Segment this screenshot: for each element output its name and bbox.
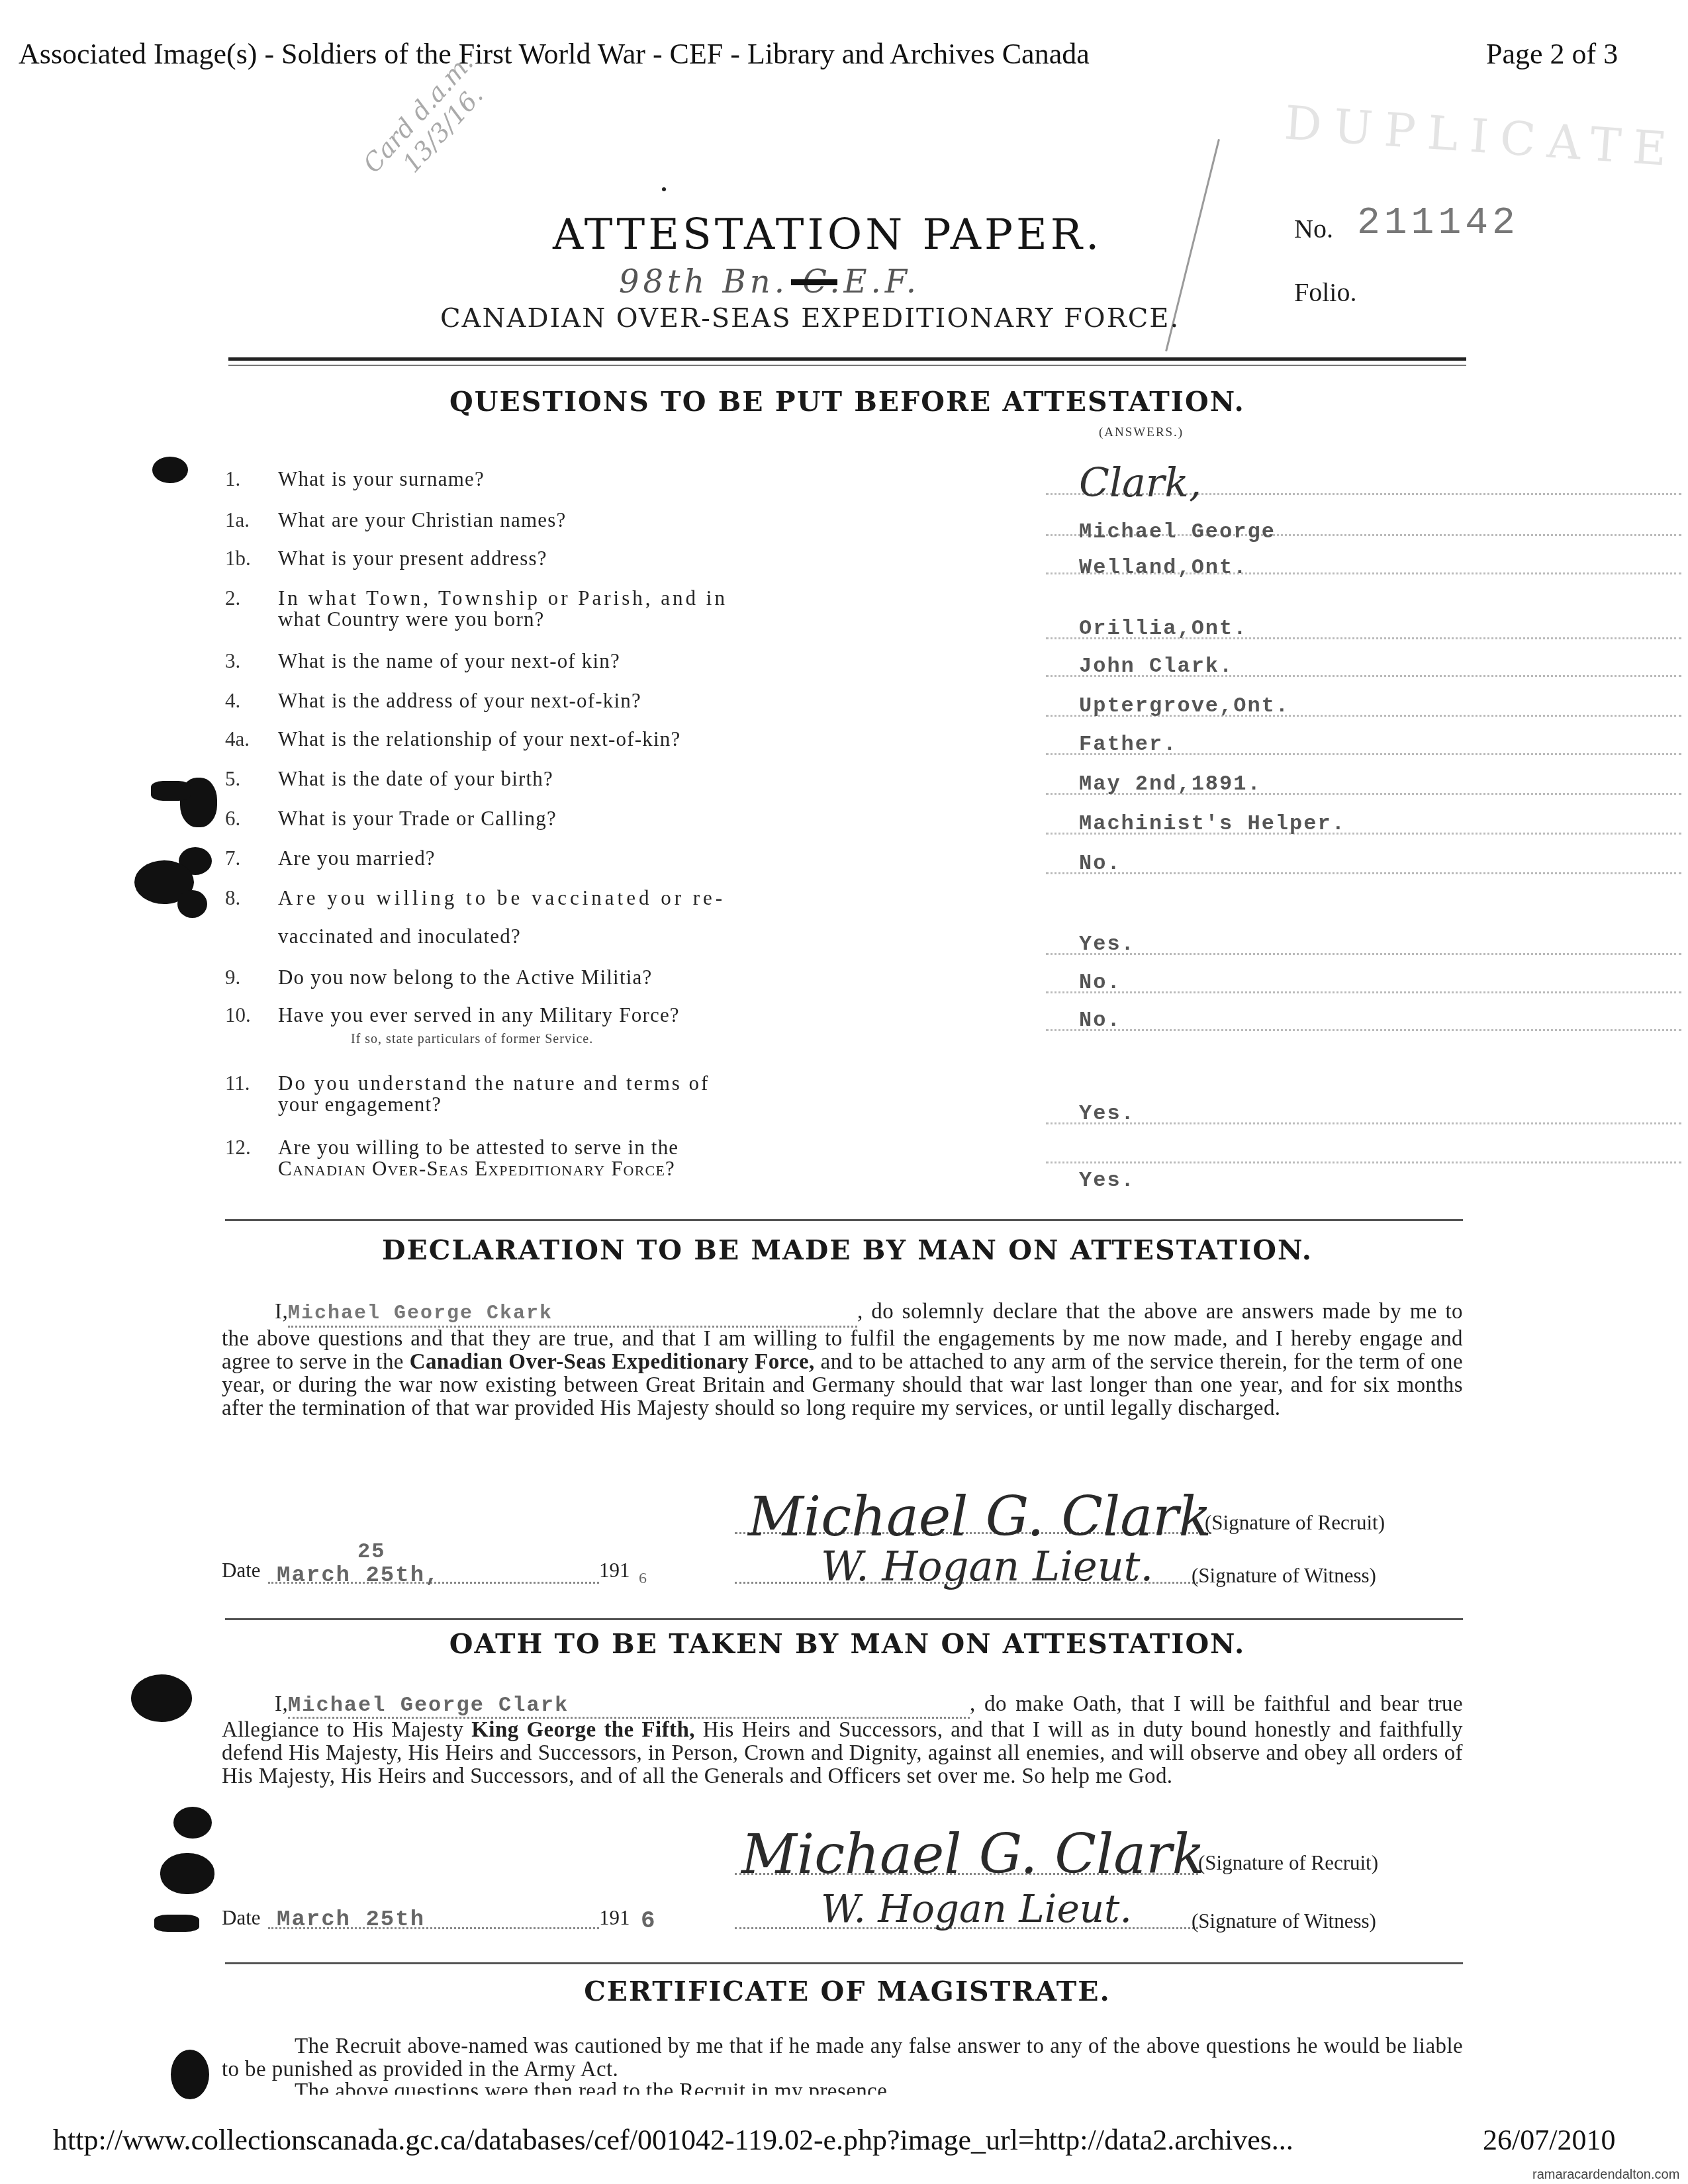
answer-field[interactable]: Yes. — [1046, 1135, 1681, 1163]
witness-signature-label: (Signature of Witness) — [1192, 1564, 1376, 1588]
punch-hole-mark — [152, 457, 188, 483]
header-rule-thin — [228, 365, 1466, 366]
print-header-page-indicator: Page 2 of 3 — [1486, 37, 1618, 71]
declaration-text: I,Michael George Ckark, do solemnly decl… — [222, 1300, 1463, 1420]
declaration-name-field[interactable]: Michael George Ckark — [288, 1302, 857, 1328]
recruit-signature: Michael G. Clark — [748, 1486, 1211, 1549]
folio-label: Folio. — [1294, 277, 1356, 308]
answer-field[interactable]: No. — [1046, 1003, 1681, 1031]
answer-field[interactable]: No. — [1046, 965, 1681, 993]
form-number-label: No. — [1294, 213, 1333, 244]
answer-field[interactable]: May 2nd,1891. — [1046, 766, 1681, 795]
answer-field[interactable]: Machinist's Helper. — [1046, 806, 1681, 835]
form-title: ATTESTATION PAPER. — [553, 210, 1102, 259]
punch-hole-mark — [173, 1807, 212, 1839]
watermark: ramaracardendalton.com — [1532, 2167, 1679, 2183]
answer-field[interactable]: No. — [1046, 846, 1681, 874]
punch-hole-mark — [171, 2050, 209, 2099]
punch-hole-mark — [177, 890, 207, 918]
oath-recruit-signature-label: (Signature of Recruit) — [1198, 1851, 1378, 1875]
form-subtitle: CANADIAN OVER-SEAS EXPEDITIONARY FORCE. — [440, 303, 1180, 334]
speck — [662, 187, 666, 191]
certificate-text: The Recruit above-named was cautioned by… — [222, 2035, 1463, 2081]
answer-field[interactable]: Uptergrove,Ont. — [1046, 688, 1681, 717]
witness-signature: W. Hogan Lieut. — [821, 1542, 1153, 1590]
oath-year-prefix: 191 — [599, 1906, 630, 1930]
header-rule — [228, 357, 1466, 361]
certificate-text-cut: The above questions were then read to th… — [222, 2080, 1463, 2095]
answers-label: (ANSWERS.) — [1099, 426, 1184, 440]
oath-heading: OATH TO BE TAKEN BY MAN ON ATTESTATION. — [225, 1628, 1470, 1660]
year-suffix: 6 — [639, 1570, 647, 1588]
oath-name-field[interactable]: Michael George Clark — [288, 1694, 970, 1719]
answer-field[interactable]: Yes. — [1046, 927, 1681, 955]
oath-recruit-signature: Michael G. Clark — [741, 1823, 1205, 1886]
faint-stamp: DUPLICATE — [1283, 95, 1681, 177]
answer-field[interactable]: Father. — [1046, 727, 1681, 755]
answer-field[interactable]: John Clark. — [1046, 649, 1681, 677]
punch-hole-mark — [154, 1915, 199, 1932]
oath-text: I,Michael George Clark, do make Oath, th… — [222, 1693, 1463, 1788]
section-rule — [225, 1962, 1463, 1964]
unit-annotation: 98th Bn. C.E.F. — [619, 263, 920, 300]
questions-heading: QUESTIONS TO BE PUT BEFORE ATTESTATION. — [225, 386, 1470, 418]
oath-date-label: Date — [222, 1906, 261, 1930]
ink-mark — [791, 279, 837, 285]
section-rule — [225, 1219, 1463, 1221]
recruit-signature-label: (Signature of Recruit) — [1205, 1511, 1385, 1535]
date-correction: 25 — [357, 1539, 385, 1564]
answer-field[interactable]: Michael George — [1046, 508, 1681, 536]
year-prefix: 191 — [599, 1559, 630, 1582]
oath-date-value: March 25th — [277, 1907, 425, 1933]
section-rule — [225, 1618, 1463, 1620]
certificate-heading: CERTIFICATE OF MAGISTRATE. — [225, 1976, 1470, 2007]
oath-year-suffix: 6 — [641, 1907, 657, 1934]
print-footer-url: http://www.collectionscanada.gc.ca/datab… — [53, 2123, 1293, 2157]
form-number-value: 211142 — [1357, 202, 1519, 245]
punch-hole-mark — [131, 1674, 192, 1722]
answer-field[interactable]: Welland,Ont. — [1046, 546, 1681, 574]
date-value: March 25th, — [277, 1563, 440, 1588]
print-header-title: Associated Image(s) - Soldiers of the Fi… — [19, 37, 1090, 71]
oath-witness-signature: W. Hogan Lieut. — [821, 1886, 1132, 1931]
answer-field[interactable]: Yes. — [1046, 1096, 1681, 1124]
declaration-heading: DECLARATION TO BE MADE BY MAN ON ATTESTA… — [225, 1234, 1470, 1266]
punch-hole-mark — [151, 781, 191, 801]
answer-field[interactable]: Orillia,Ont. — [1046, 611, 1681, 639]
answer-field[interactable]: Clark, — [1046, 467, 1681, 495]
print-footer-date: 26/07/2010 — [1483, 2123, 1615, 2157]
punch-hole-mark — [160, 1853, 214, 1894]
oath-witness-signature-label: (Signature of Witness) — [1192, 1909, 1376, 1933]
date-label: Date — [222, 1559, 261, 1582]
